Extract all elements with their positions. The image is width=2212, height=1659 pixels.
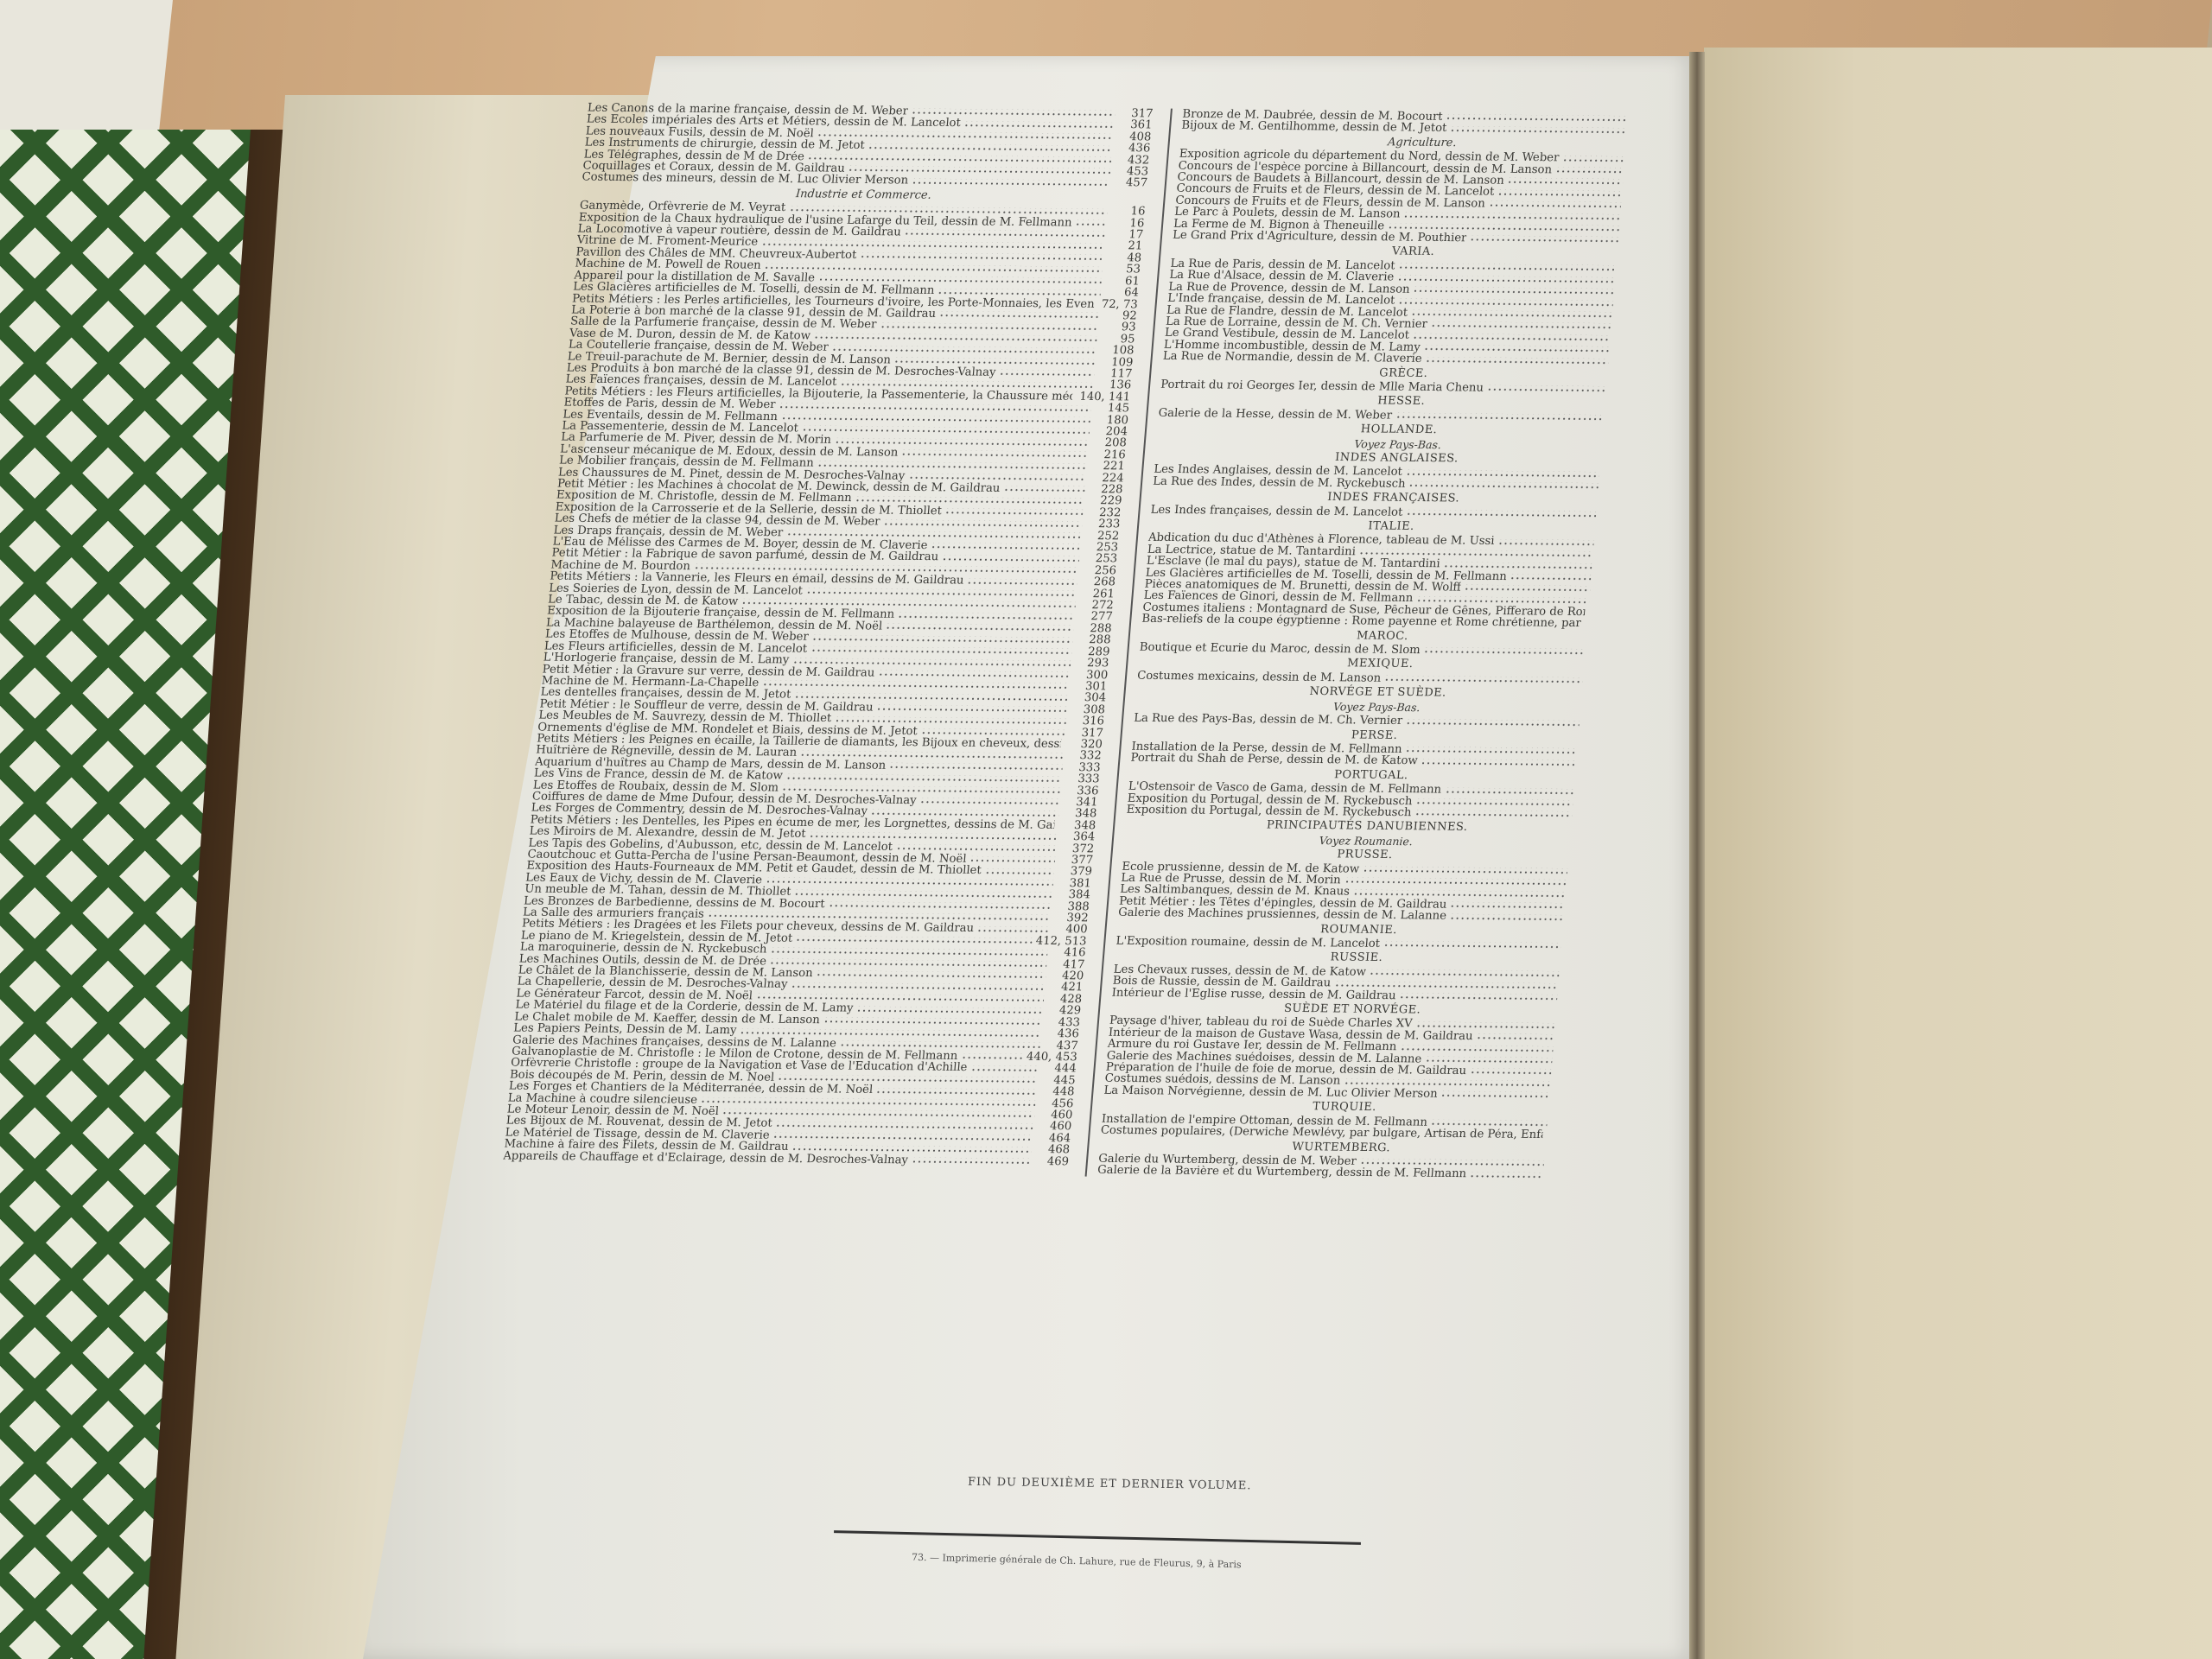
leader-dots: [876, 1087, 1037, 1096]
leader-dots: [1470, 1069, 1552, 1077]
entry-title: L'Exposition roumaine, dessin de M. Lanc…: [1116, 936, 1381, 950]
leader-dots: [898, 613, 1075, 621]
entry-title: Portrait du roi Georges Ier, dessin de M…: [1160, 379, 1484, 394]
leader-dots: [1470, 1172, 1543, 1179]
entry-page: 221: [1090, 461, 1125, 473]
entry-page: 92: [1102, 310, 1137, 322]
leader-dots: [823, 1017, 1042, 1027]
leader-dots: [1411, 310, 1612, 319]
leader-dots: [901, 450, 1088, 459]
leader-dots: [1510, 574, 1591, 582]
leader-dots: [1388, 223, 1619, 232]
index-right-column: Bronze de M. Daubrée, dessin de M. Bocou…: [1085, 109, 1667, 1182]
entry-page: 253: [1082, 553, 1117, 565]
leader-dots: [1097, 302, 1098, 308]
leader-dots: [1450, 913, 1564, 921]
entry-page: 53: [1105, 264, 1141, 276]
entry-page: 332: [1066, 750, 1102, 762]
entry-title: Costumes mexicains, dessin de M. Lanson: [1137, 671, 1382, 684]
leader-dots: [912, 1157, 1032, 1165]
leader-dots: [1405, 470, 1599, 479]
leader-dots: [1450, 902, 1565, 910]
leader-dots: [931, 543, 1080, 552]
leader-dots: [839, 1040, 1040, 1049]
entry-page: 17: [1109, 229, 1144, 241]
leader-dots: [809, 832, 1057, 842]
leader-dots: [904, 230, 1105, 238]
leader-dots: [1421, 759, 1576, 767]
entry-title: La Rue des Pays-Bas, dessin de M. Ch. Ve…: [1134, 713, 1403, 728]
leader-dots: [938, 288, 1101, 296]
leader-dots: [908, 474, 1086, 482]
entry-page: 460: [1037, 1121, 1072, 1133]
entry-page: 229: [1087, 495, 1122, 507]
leader-dots: [1370, 969, 1560, 978]
leader-dots: [1423, 345, 1609, 353]
leader-dots: [1497, 190, 1622, 199]
entry-page: 16: [1110, 206, 1146, 218]
entry-title: Galerie des Machines prussiennes, dessin…: [1118, 907, 1447, 922]
leader-dots: [1408, 481, 1599, 490]
leader-dots: [1414, 810, 1573, 819]
leader-dots: [963, 121, 1114, 130]
entry-page: 268: [1080, 576, 1116, 588]
leader-dots: [840, 380, 1094, 390]
leader-dots: [1450, 126, 1627, 135]
leader-dots: [1423, 648, 1585, 657]
leader-dots: [967, 578, 1077, 586]
entry-title: Portrait du Shah de Perse, dessin de M. …: [1130, 753, 1418, 767]
entry-title: Costumes des mineurs, dessin de M. Luc O…: [582, 172, 909, 187]
leader-dots: [970, 1065, 1039, 1073]
leader-dots: [886, 624, 1074, 632]
leader-dots: [1425, 1057, 1553, 1065]
entry-page: 384: [1055, 889, 1090, 901]
leader-dots: [1344, 878, 1567, 887]
entry-title: La Rue de Normandie, dessin de M. Claver…: [1162, 351, 1422, 365]
leader-dots: [1363, 867, 1568, 875]
entry-page: 61: [1104, 276, 1140, 288]
entry-page: 457: [1112, 177, 1147, 189]
entry-page: 208: [1091, 437, 1127, 449]
entry-page: 64: [1103, 287, 1139, 299]
leader-dots: [1403, 212, 1620, 221]
leader-dots: [912, 178, 1110, 187]
entry-page: 421: [1048, 982, 1084, 994]
leader-dots: [1399, 993, 1557, 1001]
leader-dots: [1415, 1021, 1555, 1030]
leader-dots: [796, 936, 1033, 945]
leader-dots: [1487, 385, 1607, 393]
leader-dots: [889, 763, 1063, 772]
leader-dots: [794, 889, 1052, 899]
leader-dots: [1075, 220, 1106, 227]
leader-dots: [791, 982, 1045, 992]
leader-dots: [1397, 275, 1615, 284]
leader-dots: [816, 971, 1046, 981]
entry-title: Boutique et Écurie du Maroc, dessin de M…: [1139, 642, 1421, 657]
entry-page: 379: [1057, 866, 1092, 878]
entry-title: Les Indes françaises, dessin de M. Lance…: [1150, 504, 1403, 518]
entry-page: 361: [1117, 119, 1153, 131]
leader-dots: [1588, 609, 1589, 616]
entry-page: 440, 453: [1026, 1052, 1077, 1064]
leader-dots: [919, 798, 1059, 807]
entry-page: 364: [1060, 831, 1096, 843]
leader-dots: [1546, 1133, 1547, 1140]
entry-page: 469: [1033, 1155, 1069, 1167]
entry-page: 145: [1094, 403, 1129, 415]
leader-dots: [1405, 747, 1577, 755]
leader-dots: [878, 671, 1071, 679]
entry-page: 429: [1046, 1005, 1081, 1017]
leader-dots: [1470, 236, 1618, 245]
leader-dots: [977, 926, 1050, 934]
leader-dots: [1406, 719, 1580, 728]
leader-dots: [999, 370, 1094, 378]
entry-page: 288: [1076, 634, 1111, 646]
entry-page: 233: [1085, 518, 1121, 531]
leader-dots: [961, 1053, 1023, 1061]
book-gutter: [1689, 52, 1705, 1659]
leader-dots: [1400, 1045, 1554, 1053]
leader-dots: [876, 705, 1067, 714]
entry-page: 333: [1065, 773, 1100, 785]
leader-dots: [1406, 510, 1597, 518]
right-page: [1704, 48, 2212, 1659]
leader-dots: [894, 357, 1096, 365]
leader-dots: [828, 901, 1052, 911]
leader-dots: [912, 109, 1116, 118]
leader-dots: [1413, 287, 1614, 296]
leader-dots: [896, 844, 1057, 853]
entry-title: Le Grand Prix d'Agriculture, dessin de M…: [1173, 230, 1467, 245]
leader-dots: [1076, 394, 1077, 401]
entry-page: 348: [1062, 808, 1097, 820]
leader-dots: [1507, 178, 1623, 186]
leader-dots: [791, 1145, 1032, 1154]
leader-dots: [945, 508, 1084, 517]
leader-dots: [920, 728, 1065, 737]
leader-dots: [1440, 1091, 1549, 1099]
index-content: Les Canons de la marine française, dessi…: [425, 102, 1702, 1497]
leader-dots: [1562, 156, 1625, 163]
entry-title: Intérieur de l'Église russe, dessin de M…: [1111, 987, 1396, 1001]
leader-dots: [835, 438, 1090, 448]
entry-page: 93: [1101, 321, 1136, 334]
leader-dots: [868, 143, 1112, 153]
entry-page: 16: [1109, 218, 1145, 230]
leader-dots: [1464, 585, 1590, 594]
entry-page: 304: [1071, 692, 1107, 704]
leader-dots: [860, 252, 1103, 262]
leader-dots: [939, 311, 1099, 320]
leader-dots: [1497, 539, 1594, 547]
leader-dots: [775, 1122, 1033, 1131]
leader-dots: [1476, 1033, 1554, 1041]
leader-dots: [1431, 1120, 1548, 1128]
leader-dots: [1359, 1159, 1544, 1167]
entry-page: 48: [1107, 252, 1142, 264]
entry-title: Bijoux de M. Gentilhomme, dessin de M. J…: [1181, 120, 1447, 135]
leader-dots: [1003, 486, 1085, 493]
leader-dots: [1395, 413, 1605, 423]
leader-dots: [1445, 787, 1574, 796]
leader-dots: [1415, 798, 1573, 807]
leader-dots: [835, 716, 1066, 726]
leader-dots: [883, 519, 1082, 528]
leader-dots: [1398, 298, 1613, 308]
leader-dots: [1383, 941, 1562, 950]
leader-dots: [942, 555, 1080, 563]
leader-dots: [1358, 550, 1592, 559]
entry-page: 72, 73: [1101, 298, 1138, 310]
leader-dots: [880, 322, 1098, 332]
leader-dots: [856, 1006, 1043, 1014]
entry-title: Galerie de la Hesse, dessin de M. Weber: [1158, 408, 1392, 422]
entry-page: 436: [1116, 143, 1151, 155]
leader-dots: [1058, 823, 1058, 829]
entry-page: 293: [1074, 658, 1109, 670]
entry-page: 412, 513: [1035, 936, 1087, 948]
leader-dots: [969, 856, 1055, 864]
leader-dots: [1587, 621, 1588, 628]
entry-page: 468: [1035, 1144, 1071, 1156]
leader-dots: [1443, 562, 1592, 570]
leader-dots: [855, 496, 1084, 505]
leader-dots: [1413, 333, 1611, 341]
leader-dots: [1430, 321, 1611, 330]
index-left-column: Les Canons de la marine française, dessi…: [503, 103, 1154, 1168]
leader-dots: [984, 868, 1054, 876]
leader-dots: [1416, 596, 1590, 605]
entry-page: 140, 141: [1079, 391, 1131, 404]
leader-dots: [1398, 264, 1616, 273]
leader-dots: [1344, 1078, 1551, 1088]
entry-page: 416: [1051, 947, 1086, 959]
leader-dots: [1334, 981, 1559, 990]
entry-title: Exposition du Portugal, dessin de M. Ryc…: [1126, 804, 1412, 819]
leader-dots: [778, 1075, 1038, 1084]
entry-page: 444: [1041, 1063, 1077, 1075]
entry-page: 316: [1069, 715, 1104, 728]
entry-title: La Rue des Indes, dessin de M. Ryckebusc…: [1153, 476, 1406, 490]
leader-dots: [811, 634, 1072, 644]
entry-page: 108: [1099, 345, 1135, 357]
entry-page: 448: [1039, 1086, 1075, 1098]
entry-page: 436: [1044, 1028, 1079, 1040]
leader-dots: [1384, 676, 1583, 684]
leader-dots: [1446, 114, 1628, 123]
entry-page: 21: [1108, 240, 1143, 252]
leader-dots: [1488, 201, 1621, 210]
leader-dots: [1425, 356, 1609, 365]
entry-title: La Maison Norvégienne, dessin de M. Luc …: [1103, 1085, 1438, 1100]
leader-dots: [1352, 889, 1566, 899]
leader-dots: [1555, 167, 1624, 175]
leader-dots: [1064, 741, 1065, 748]
leader-dots: [871, 809, 1059, 817]
